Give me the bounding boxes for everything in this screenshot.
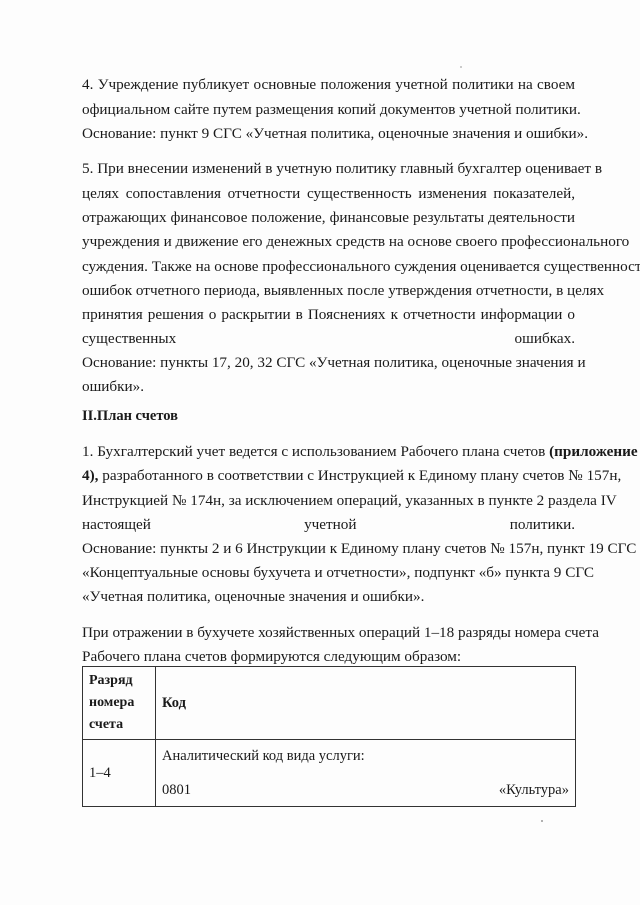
section-2-basis-line-2: «Концептуальные основы бухучета и отчетн… bbox=[82, 564, 575, 582]
paragraph-5-line-3: отражающих финансовое положение, финансо… bbox=[82, 209, 575, 227]
paragraph-5-line-5: суждения. Также на основе профессиональн… bbox=[82, 258, 575, 276]
code-description: Аналитический код вида услуги: bbox=[162, 748, 365, 765]
header-digits-line-2: номера bbox=[89, 692, 149, 714]
table-row: 1–4 Аналитический код вида услуги: 0801 … bbox=[83, 740, 576, 807]
item-1-appendix-ref: (приложение bbox=[549, 443, 638, 460]
code-name: «Культура» bbox=[499, 782, 569, 799]
paragraph-5-line-2: целях сопоставления отчетности существен… bbox=[82, 185, 575, 203]
paragraph-4-line-1: 4. Учреждение публикует основные положен… bbox=[82, 76, 575, 94]
paragraph-4-line-3: Основание: пункт 9 СГС «Учетная политика… bbox=[82, 125, 575, 143]
paragraph-5-line-8: существенных ошибках. bbox=[82, 330, 575, 348]
table-intro-line-1: При отражении в бухучете хозяйственных о… bbox=[82, 624, 575, 642]
section-2-item-1-line-3: Инструкцией № 174н, за исключением опера… bbox=[82, 492, 575, 510]
paragraph-5-line-4: учреждения и движение его денежных средс… bbox=[82, 233, 575, 251]
row-code-cell: Аналитический код вида услуги: 0801 «Кул… bbox=[156, 740, 576, 807]
item-1-text-2: разработанного в соответствии с Инструкц… bbox=[102, 467, 621, 484]
paragraph-5-line-1: 5. При внесении изменений в учетную поли… bbox=[82, 160, 575, 178]
item-1-appendix-num: 4), bbox=[82, 467, 98, 484]
scan-speck bbox=[460, 66, 462, 68]
scan-speck bbox=[541, 820, 543, 822]
section-2-item-1-line-1: 1. Бухгалтерский учет ведется с использо… bbox=[82, 443, 575, 461]
section-2-item-1-line-2: 4), разработанного в соответствии с Инст… bbox=[82, 467, 575, 485]
paragraph-5-line-6: ошибок отчетного периода, выявленных пос… bbox=[82, 282, 575, 300]
paragraph-5-line-9: Основание: пункты 17, 20, 32 СГС «Учетна… bbox=[82, 354, 575, 372]
section-2-item-1-line-4: настоящей учетной политики. bbox=[82, 516, 575, 534]
section-2-basis-line-1: Основание: пункты 2 и 6 Инструкции к Еди… bbox=[82, 540, 575, 558]
header-code: Код bbox=[156, 667, 576, 740]
code-value: 0801 bbox=[162, 782, 191, 799]
header-digits-line-3: счета bbox=[89, 714, 149, 736]
paragraph-4-line-2: официальном сайте путем размещения копий… bbox=[82, 101, 575, 119]
header-digits: Разряд номера счета bbox=[83, 667, 156, 740]
table-header-row: Разряд номера счета Код bbox=[83, 667, 576, 740]
account-digits-table: Разряд номера счета Код 1–4 Аналитически… bbox=[82, 666, 576, 807]
header-digits-line-1: Разряд bbox=[89, 670, 149, 692]
section-heading: II.План счетов bbox=[82, 407, 575, 425]
section-2-basis-line-3: «Учетная политика, оценочные значения и … bbox=[82, 588, 575, 606]
item-1-text: 1. Бухгалтерский учет ведется с использо… bbox=[82, 443, 545, 460]
table-intro-line-2: Рабочего плана счетов формируются следую… bbox=[82, 648, 575, 666]
paragraph-5-line-7: принятия решения о раскрытии в Пояснения… bbox=[82, 306, 575, 324]
paragraph-5-line-10: ошибки». bbox=[82, 378, 575, 396]
row-digits: 1–4 bbox=[83, 740, 156, 807]
document-page: 4. Учреждение публикует основные положен… bbox=[0, 0, 640, 905]
